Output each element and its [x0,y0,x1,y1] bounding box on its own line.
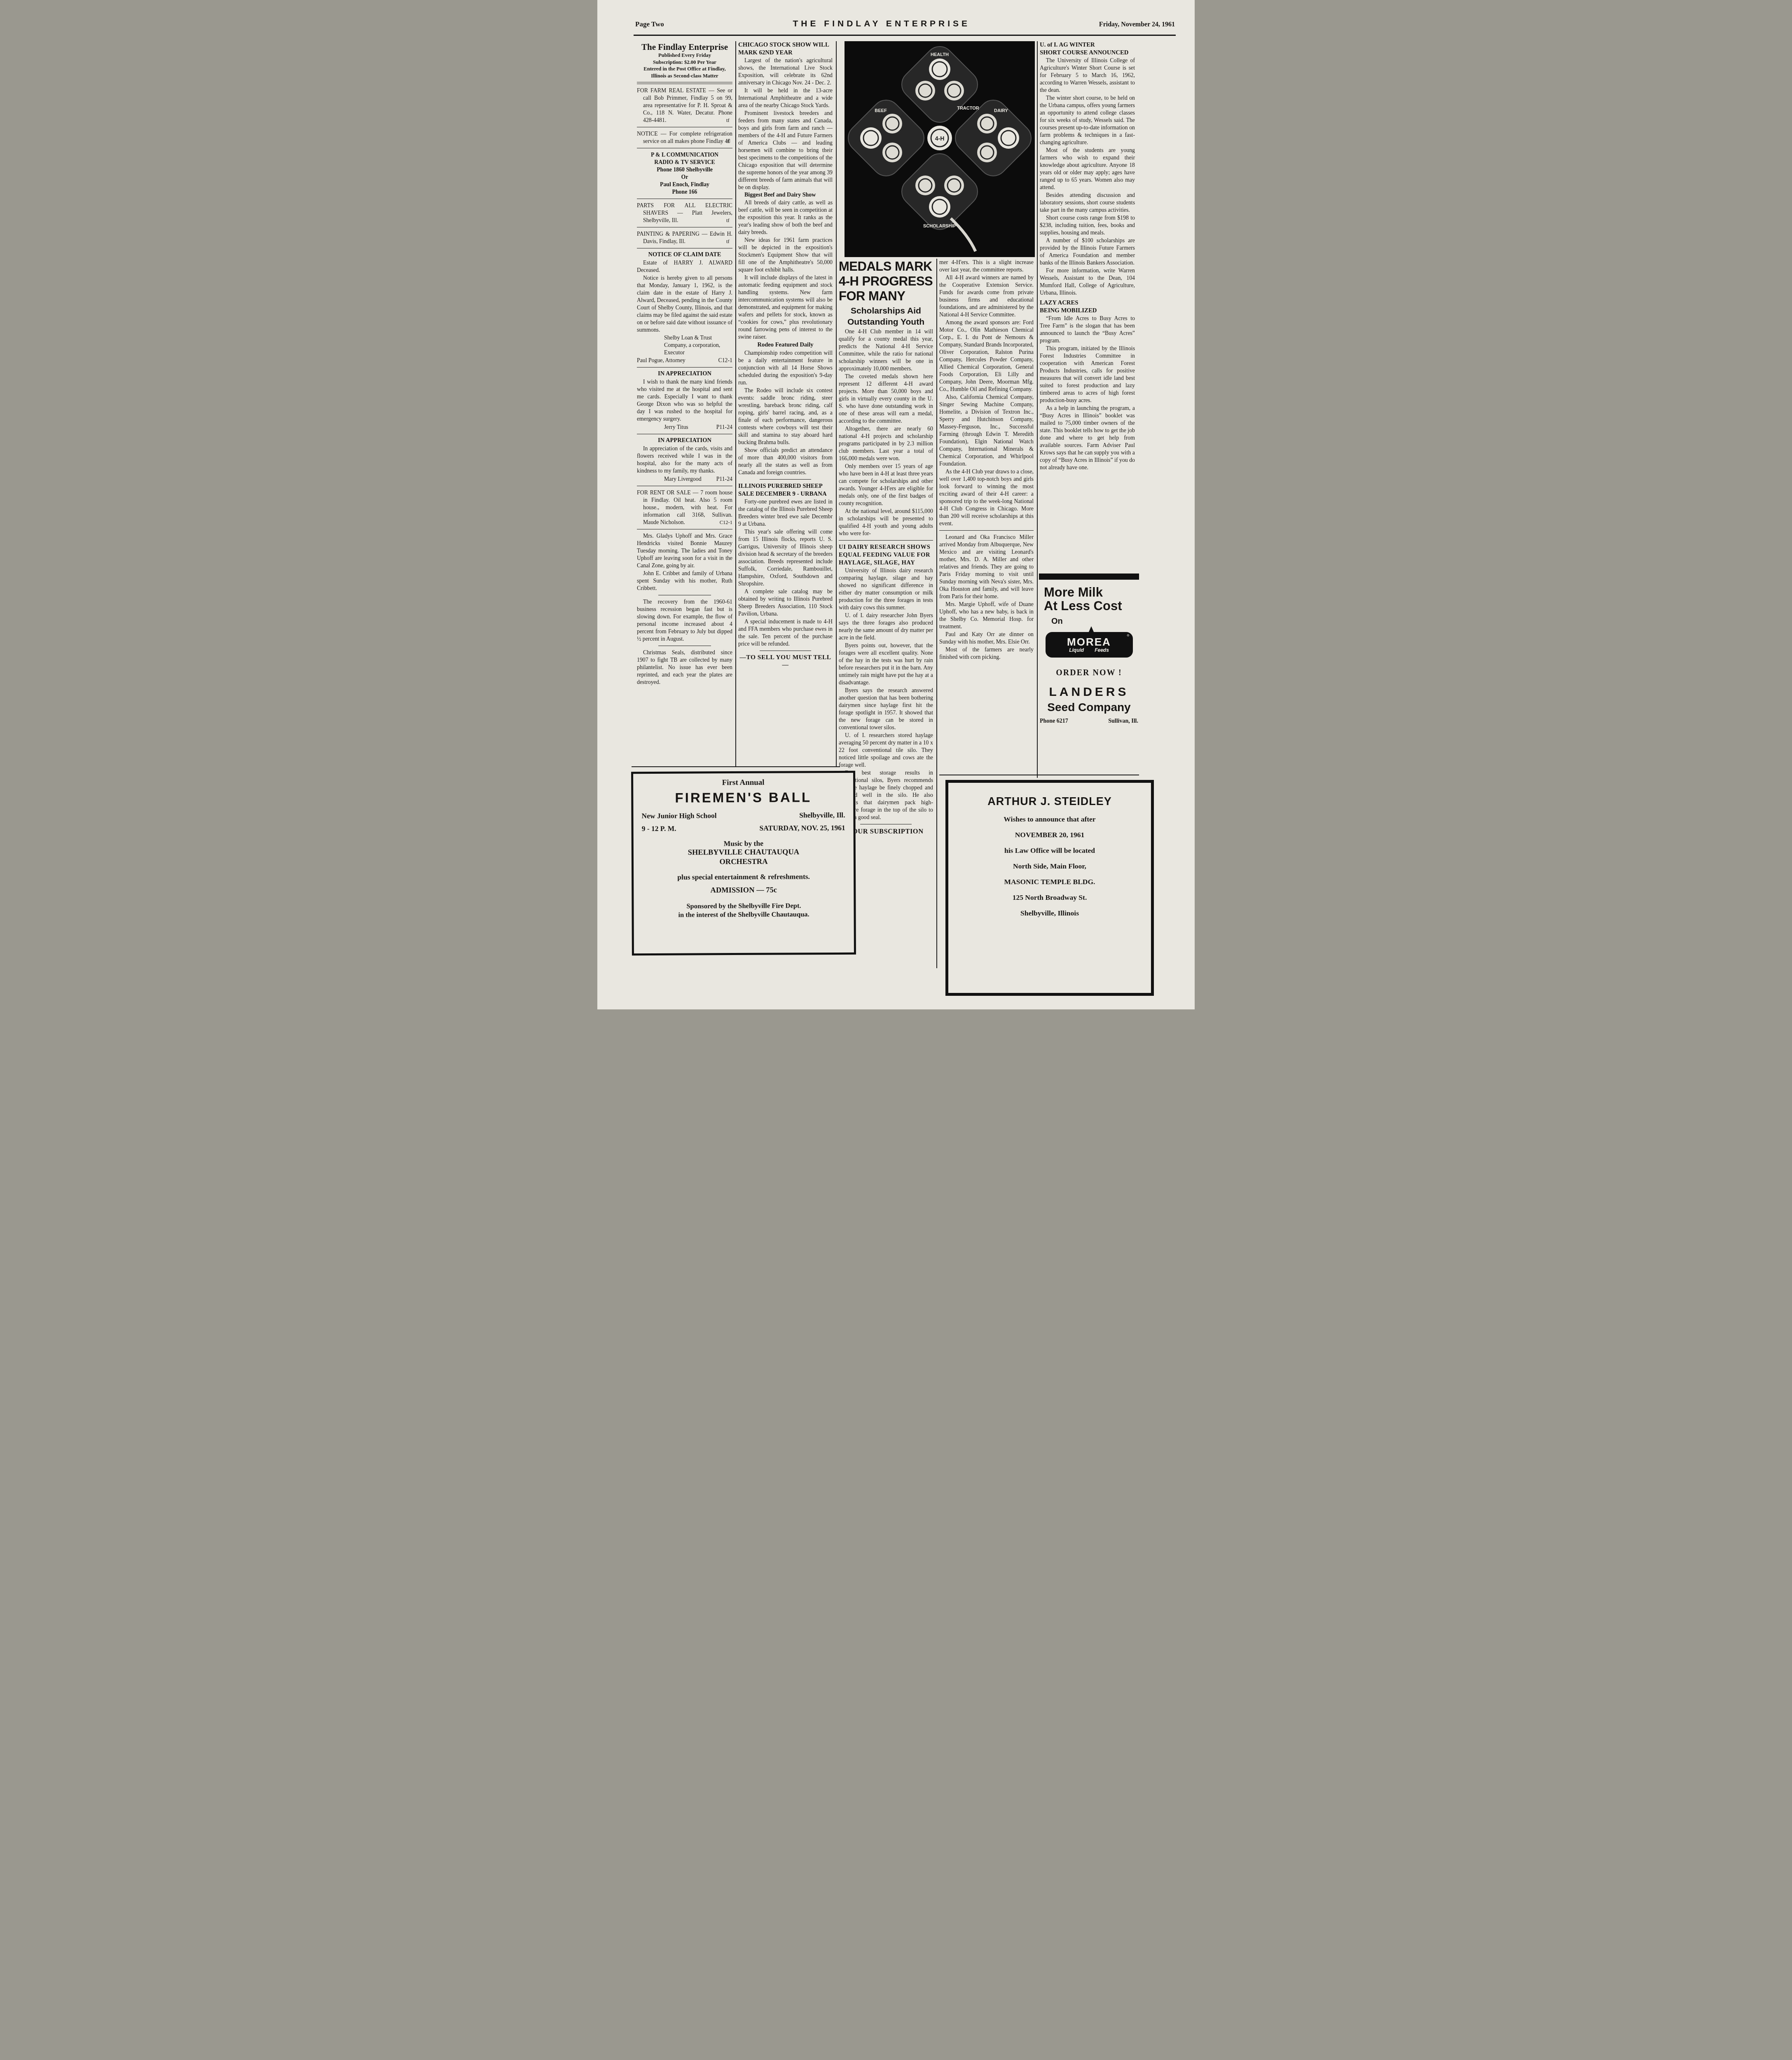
column-winter-course: U. of I. AG WINTER SHORT COURSE ANNOUNCE… [1040,41,1135,574]
ad-line: RADIO & TV SERVICE [637,159,732,166]
article-paragraph: Largest of the nation's agricultural sho… [738,57,833,87]
morea-logo-sub: Feeds [1095,647,1109,653]
ad-tag: C12-1 [718,356,733,364]
masthead: The Findlay Enterprise Published Every F… [637,42,732,79]
medal-label-beef: BEEF [875,108,887,113]
divider [637,434,732,434]
article-headline: MARK 62ND YEAR [738,49,833,57]
article-paragraph: mer 4-H'ers. This is a slight increase o… [939,259,1034,274]
feature-headline: FOR MANY [839,289,933,303]
divider [637,199,732,199]
advertiser-name: LANDERS [1039,685,1139,699]
divider [658,595,711,595]
local-note: Most of the farmers are nearly finished … [939,646,1034,661]
notice-head: NOTICE OF CLAIM DATE [637,251,732,258]
article-paragraph: Besides attending discussion and laborat… [1040,192,1135,214]
divider [760,651,812,651]
medal-label-dairy: DAIRY [994,108,1008,113]
ad-line: P & L COMMUNICATION [637,151,732,159]
registered-mark: ® [1127,634,1130,637]
ad-admission: ADMISSION — 75c [639,886,848,895]
article-headline: HAYLAGE, SILAGE, HAY [839,559,933,567]
column-rule-1-2 [735,41,736,766]
article-paragraph: U. of I. dairy researcher John Byers say… [839,612,933,641]
article-headline: EQUAL FEEDING VALUE FOR [839,551,933,559]
article-paragraph: Byers says the research answered another… [839,687,933,731]
article-paragraph: Short course costs range from $198 to $2… [1040,214,1135,236]
feature-subhead: Scholarships Aid [839,306,933,316]
classified-refrigeration-notice: NOTICE — For complete refrigeration serv… [637,130,732,145]
card-signature: Mary Livergood P11-24 [637,475,732,483]
feature-headline: MEDALS MARK [839,260,933,274]
divider [637,248,732,248]
advertiser-name: ARTHUR J. STEIDLEY [955,795,1144,808]
card-text: In appreciation of the cards, visits and… [637,445,732,475]
column-fourh-locals: mer 4-H'ers. This is a slight increase o… [939,259,1034,770]
article-headline: U. of I. AG WINTER [1040,41,1135,49]
card-text: I wish to thank the many kind friends wh… [637,378,732,423]
local-note: Paul and Katy Orr ate dinner on Sunday w… [939,631,1034,646]
article-paragraph: Also, California Chemical Company, Singe… [939,393,1034,468]
masthead-line: Entered in the Post Office at Findlay, I… [637,66,732,79]
signature-line: Shelby Loan & Trust [637,334,732,342]
clover-medals-illustration: HEALTH DAIRY TRACTOR SCHOLARSHIP [845,41,1035,257]
ad-text: PARTS FOR ALL ELECTRIC SHAVERS — Platt J… [637,202,732,223]
divider [632,766,840,767]
article-paragraph: University of Illinois dairy research co… [839,567,933,611]
article-paragraph: At the national level, around $115,000 i… [839,508,933,537]
ad-orchestra: SHELBYVILLE CHAUTAUQUA [639,847,848,858]
ad-text: FOR FARM REAL ESTATE — See or call Bob P… [637,87,732,123]
article-paragraph: This program, initiated by the Illinois … [1040,345,1135,404]
article-paragraph: Championship rodeo competition will be a… [738,349,833,386]
pennant-icon [1088,626,1094,633]
medal-label-tractor: TRACTOR [957,106,979,111]
article-paragraph: Only members over 15 years of age who ha… [839,463,933,507]
article-paragraph: It will be held in the 13-acre Internati… [738,87,833,109]
notice-paragraph: Estate of HARRY J. ALWARD Deceased. [637,259,732,274]
divider [637,529,732,529]
column-rule-2-3 [836,41,837,766]
article-paragraph: A number of $100 scholarships are provid… [1040,237,1135,267]
article-headline: SHORT COURSE ANNOUNCED [1040,49,1135,57]
article-headline: SALE DECEMBER 9 - URBANA [738,490,833,498]
divider [637,148,732,148]
article-paragraph: U. of I. researchers stored haylage aver… [839,732,933,769]
ad-sponsor: in the interest of the Shelbyville Chaut… [639,910,848,919]
article-paragraph: “From Idle Acres to Busy Acres to Tree F… [1040,315,1135,344]
column-rule-4-5 [1037,41,1038,778]
appreciation-card-1: IN APPRECIATION I wish to thank the many… [637,370,732,431]
article-paragraph: A complete sale catalog may be obtained … [738,588,833,618]
article-paragraph: The University of Illinois College of Ag… [1040,57,1135,94]
medal-label-scholarship: SCHOLARSHIP [923,224,956,229]
notice-of-claim: NOTICE OF CLAIM DATE Estate of HARRY J. … [637,251,732,364]
ad-line: Phone 1860 Shelbyville [637,166,732,173]
ad-tag: tf [730,238,732,245]
ad-time: 9 - 12 P. M. [642,824,676,833]
divider [939,530,1034,531]
divider [658,646,711,646]
morea-logo: ® MOREA Liquid Feeds [1046,632,1133,658]
newspaper-page: Page Two THE FINDLAY ENTERPRISE Friday, … [597,0,1195,1009]
ad-tag: C12-1 [723,519,732,526]
article-paragraph: Among the award sponsors are: Ford Motor… [939,319,1034,393]
ad-line: his Law Office will be located [955,846,1144,855]
classified-pl-communication: P & L COMMUNICATION RADIO & TV SERVICE P… [637,151,732,196]
page-number: Page Two [635,20,664,28]
ad-headline: More Milk [1044,585,1139,599]
article-paragraph: The coveted medals shown here represent … [839,373,933,425]
ad-date: SATURDAY, NOV. 25, 1961 [759,824,845,833]
ad-order-now: ORDER NOW ! [1039,668,1139,678]
local-note: John E. Cribbet and family of Urbana spe… [637,570,732,592]
divider [760,479,812,480]
steidley-law-office-ad: ARTHUR J. STEIDLEY Wishes to announce th… [945,780,1154,996]
landers-seed-ad: More Milk At Less Cost On ® MOREA Liquid… [1039,574,1139,764]
medal-label-health: HEALTH [931,52,949,57]
local-note: Christmas Seals, distributed since 1907 … [637,649,732,686]
ad-headline: At Less Cost [1044,599,1139,613]
firemens-ball-ad: First Annual FIREMEN'S BALL New Junior H… [631,771,856,955]
morea-logo-sub: Liquid [1069,647,1084,653]
ad-tag: tf [730,217,732,224]
article-headline: CHICAGO STOCK SHOW WILL [738,41,833,49]
masthead-line: Published Every Friday [637,52,732,59]
article-subhead: Biggest Beef and Dairy Show [744,192,833,199]
notice-paragraph: Notice is hereby given to all persons th… [637,274,732,334]
ad-line: Paul Enoch, Findlay [637,181,732,188]
attorney-line: Paul Pogue, Attorney C12-1 [637,356,732,364]
classified-painting: PAINTING & PAPERING — Edwin H. Davis, Fi… [637,230,732,245]
signature-line: Executor [637,349,732,356]
advertiser-name-2: Seed Company [1039,701,1139,714]
local-note: Leonard and Oka Francisco Miller arrived… [939,534,1034,600]
ad-city: Shelbyville, Ill. [799,811,845,819]
article-paragraph: Prominent livestock breeders and feeders… [738,110,833,191]
divider [939,775,1139,775]
classified-farm-real-estate: FOR FARM REAL ESTATE — See or call Bob P… [637,87,732,124]
page-header: Page Two THE FINDLAY ENTERPRISE Friday, … [635,19,1175,29]
ad-line: NOVEMBER 20, 1961 [955,831,1144,839]
feature-subhead: Outstanding Youth [839,317,933,327]
divider [839,540,933,541]
divider [637,486,732,486]
ad-line: North Side, Main Floor, [955,862,1144,871]
article-paragraph: The winter short course, to be held on t… [1040,94,1135,146]
ad-extra: plus special entertainment & refreshment… [639,872,848,882]
masthead-title: The Findlay Enterprise [637,42,732,52]
feature-headline: 4-H PROGRESS [839,274,933,288]
ad-venue: New Junior High School [641,811,716,820]
article-paragraph: Most of the students are young farmers w… [1040,147,1135,191]
ad-tag: tf [730,117,732,124]
column-rule-3-4 [936,259,937,968]
local-note: Mrs. Margie Uphoff, wife of Duane Uphoff… [939,601,1034,630]
house-slogan: —TO SELL YOU MUST TELL— [738,654,833,669]
signer-name: Jerry Titus [637,423,688,431]
article-headline: ILLINOIS PUREBRED SHEEP [738,482,833,490]
card-signature: Jerry Titus P11-24 [637,423,732,431]
article-paragraph: The Rodeo will include six contest event… [738,387,833,446]
morea-logo-text: MOREA [1067,637,1111,647]
ad-phone: Phone 6217 [1040,718,1068,725]
divider [637,367,732,368]
divider [637,127,732,127]
ad-tag: P11-24 [716,475,732,483]
card-head: IN APPRECIATION [637,437,732,444]
classified-rent-or-sale: FOR RENT OR SALE — 7 room house in Findl… [637,489,732,526]
masthead-line: Subscription: $2.00 Per Year [637,59,732,66]
ad-text: On [1051,617,1139,626]
ad-tag: P11-24 [716,423,732,431]
ad-kicker: First Annual [639,778,847,788]
article-paragraph: All 4-H award winners are named by the C… [939,274,1034,318]
header-rule [634,35,1176,36]
appreciation-card-2: IN APPRECIATION In appreciation of the c… [637,437,732,483]
article-paragraph: Byers points out, however, that the fora… [839,642,933,686]
ad-text: PAINTING & PAPERING — Edwin H. Davis, Fi… [637,231,732,244]
signer-name: Mary Livergood [637,475,702,483]
article-paragraph: All breeds of dairy cattle, as well as b… [738,199,833,236]
local-note: Mrs. Gladys Uphoff and Mrs. Grace Hendri… [637,532,732,569]
article-paragraph: As a help in launching the program, a “B… [1040,405,1135,471]
ad-line: 125 North Broadway St. [955,893,1144,902]
divider [860,824,912,824]
ad-text: NOTICE — For complete refrigeration serv… [637,131,732,144]
divider [637,227,732,227]
card-head: IN APPRECIATION [637,370,732,377]
ad-line: Shelbyville, Illinois [955,909,1144,918]
ad-text: FOR RENT OR SALE — 7 room house in Findl… [637,489,732,525]
article-paragraph: Altogether, there are nearly 60 national… [839,425,933,462]
article-paragraph: As the 4-H Club year draws to a close, w… [939,468,1034,527]
newspaper-title: THE FINDLAY ENTERPRISE [793,19,971,29]
column-stock-show: CHICAGO STOCK SHOW WILL MARK 62ND YEAR L… [738,41,833,767]
issue-date: Friday, November 24, 1961 [1099,21,1175,28]
ad-line: MASONIC TEMPLE BLDG. [955,878,1144,886]
signature-line: Company, a corporation, [637,342,732,349]
article-headline: BEING MOBILIZED [1040,307,1135,315]
classified-shaver-parts: PARTS FOR ALL ELECTRIC SHAVERS — Platt J… [637,202,732,224]
divider [637,82,732,84]
ad-top-bar [1039,574,1139,580]
ad-line: Phone 166 [637,188,732,196]
article-headline: UI DAIRY RESEARCH SHOWS [839,543,933,551]
ad-city: Sullivan, Ill. [1108,718,1138,725]
article-paragraph: Show officials predict an attendance of … [738,447,833,476]
article-paragraph: One 4-H Club member in 14 will qualify f… [839,328,933,372]
article-paragraph: This year's sale offering will come from… [738,528,833,588]
ad-title: FIREMEN'S BALL [639,789,847,806]
ad-orchestra: ORCHESTRA [639,857,848,867]
attorney-name: Paul Pogue, Attorney [637,356,685,364]
ad-line: Or [637,173,732,181]
article-paragraph: Forty-one purebred ewes are listed in th… [738,498,833,528]
medal-center-label: 4-H [935,135,945,142]
ad-tag: tf [730,138,732,145]
article-paragraph: New ideas for 1961 farm practices will b… [738,236,833,274]
ad-sponsor: Sponsored by the Shelbyville Fire Dept. [639,901,848,911]
local-note: The recovery from the 1960-61 business r… [637,598,732,643]
article-paragraph: A special inducement is made to 4-H and … [738,618,833,648]
column-classifieds: The Findlay Enterprise Published Every F… [637,41,732,767]
article-paragraph: For more information, write Warren Wesse… [1040,267,1135,297]
article-subhead: Rodeo Featured Daily [738,342,833,349]
ad-line: Wishes to announce that after [955,815,1144,824]
article-headline: LAZY ACRES [1040,299,1135,307]
ad-music-line: Music by the [639,839,848,848]
article-paragraph: It will include displays of the latest i… [738,274,833,341]
four-h-medals-photo: HEALTH DAIRY TRACTOR SCHOLARSHIP [845,41,1035,257]
